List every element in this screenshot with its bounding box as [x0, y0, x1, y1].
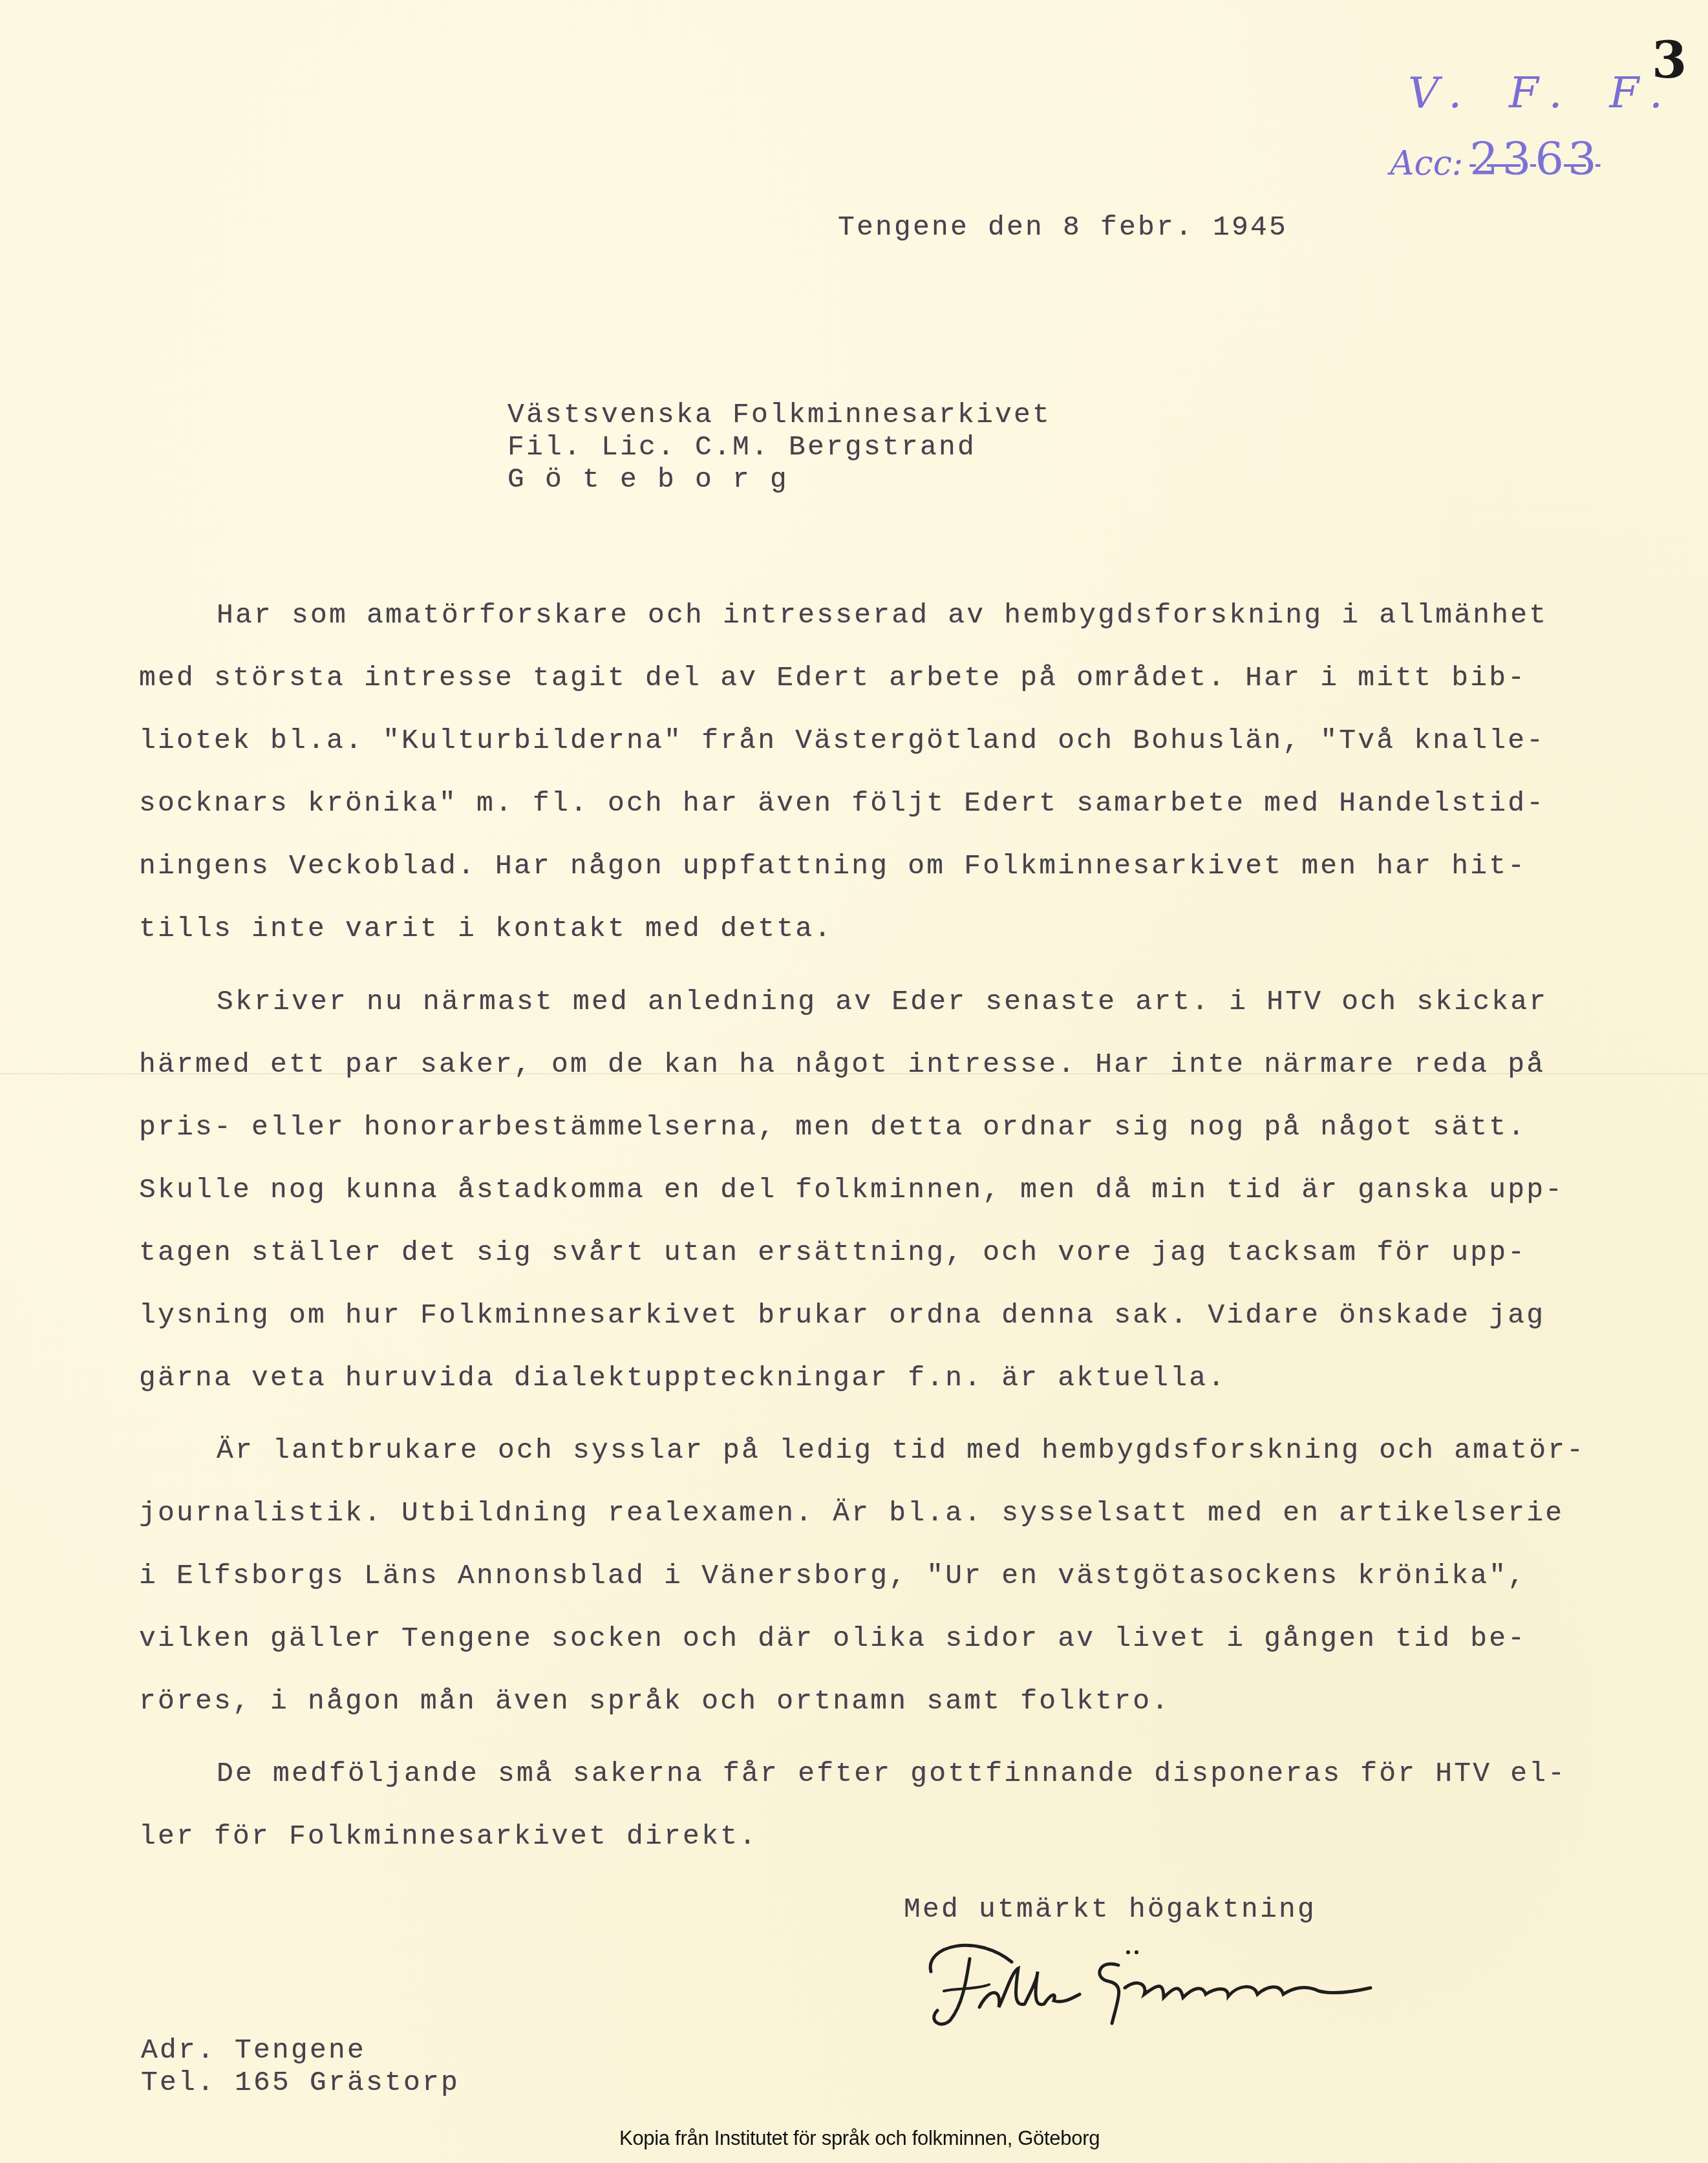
- body-line: härmed ett par saker, om de kan ha något…: [139, 1050, 1545, 1078]
- body-line: tills inte varit i kontakt med detta.: [139, 915, 833, 943]
- body-line: röres, i någon mån även språk och ortnam…: [139, 1687, 1170, 1715]
- sender-address-line-1: Adr. Tengene: [141, 2036, 366, 2064]
- recipient-line-3: G ö t e b o r g: [507, 465, 789, 493]
- archive-stamp-accession: Acc:2363: [1390, 133, 1600, 186]
- dateline: Tengene den 8 febr. 1945: [838, 213, 1288, 241]
- body-line: Skriver nu närmast med anledning av Eder…: [217, 988, 1548, 1016]
- archive-copy-footer: Kopia från Institutet för språk och folk…: [619, 2127, 1100, 2150]
- body-line: vilken gäller Tengene socken och där oli…: [139, 1625, 1526, 1652]
- handwritten-signature: [905, 1933, 1383, 2030]
- body-line: liotek bl.a. "Kulturbilderna" från Väste…: [139, 727, 1545, 754]
- archive-stamp-vff: V. F. F.: [1408, 68, 1680, 118]
- body-line: i Elfsborgs Läns Annonsblad i Vänersborg…: [139, 1562, 1526, 1590]
- body-line: gärna veta huruvida dialektuppteckningar…: [139, 1364, 1226, 1392]
- body-line: ler för Folkminnesarkivet direkt.: [139, 1822, 758, 1850]
- body-line: Har som amatörforskare och intresserad a…: [217, 601, 1548, 629]
- accession-number: 2363: [1469, 133, 1600, 186]
- closing-salutation: Med utmärkt högaktning: [904, 1895, 1316, 1923]
- body-line: ningens Veckoblad. Har någon uppfattning…: [139, 852, 1526, 880]
- body-line: tagen ställer det sig svårt utan ersättn…: [139, 1239, 1526, 1266]
- body-line: journalistik. Utbildning realexamen. Är …: [139, 1499, 1564, 1527]
- body-line: med största intresse tagit del av Edert …: [139, 664, 1526, 692]
- recipient-line-2: Fil. Lic. C.M. Bergstrand: [507, 433, 976, 461]
- accession-label: Acc:: [1390, 144, 1463, 183]
- sender-address-line-2: Tel. 165 Grästorp: [141, 2069, 460, 2096]
- body-line: lysning om hur Folkminnesarkivet brukar …: [139, 1301, 1545, 1329]
- recipient-line-1: Västsvenska Folkminnesarkivet: [507, 401, 1051, 429]
- body-line: socknars krönika" m. fl. och har även fö…: [139, 789, 1545, 817]
- body-line: Skulle nog kunna åstadkomma en del folkm…: [139, 1176, 1564, 1204]
- body-line: Är lantbrukare och sysslar på ledig tid …: [217, 1436, 1585, 1464]
- body-line: pris- eller honorarbestämmelserna, men d…: [139, 1113, 1526, 1141]
- body-line: De medföljande små sakerna får efter got…: [217, 1760, 1566, 1787]
